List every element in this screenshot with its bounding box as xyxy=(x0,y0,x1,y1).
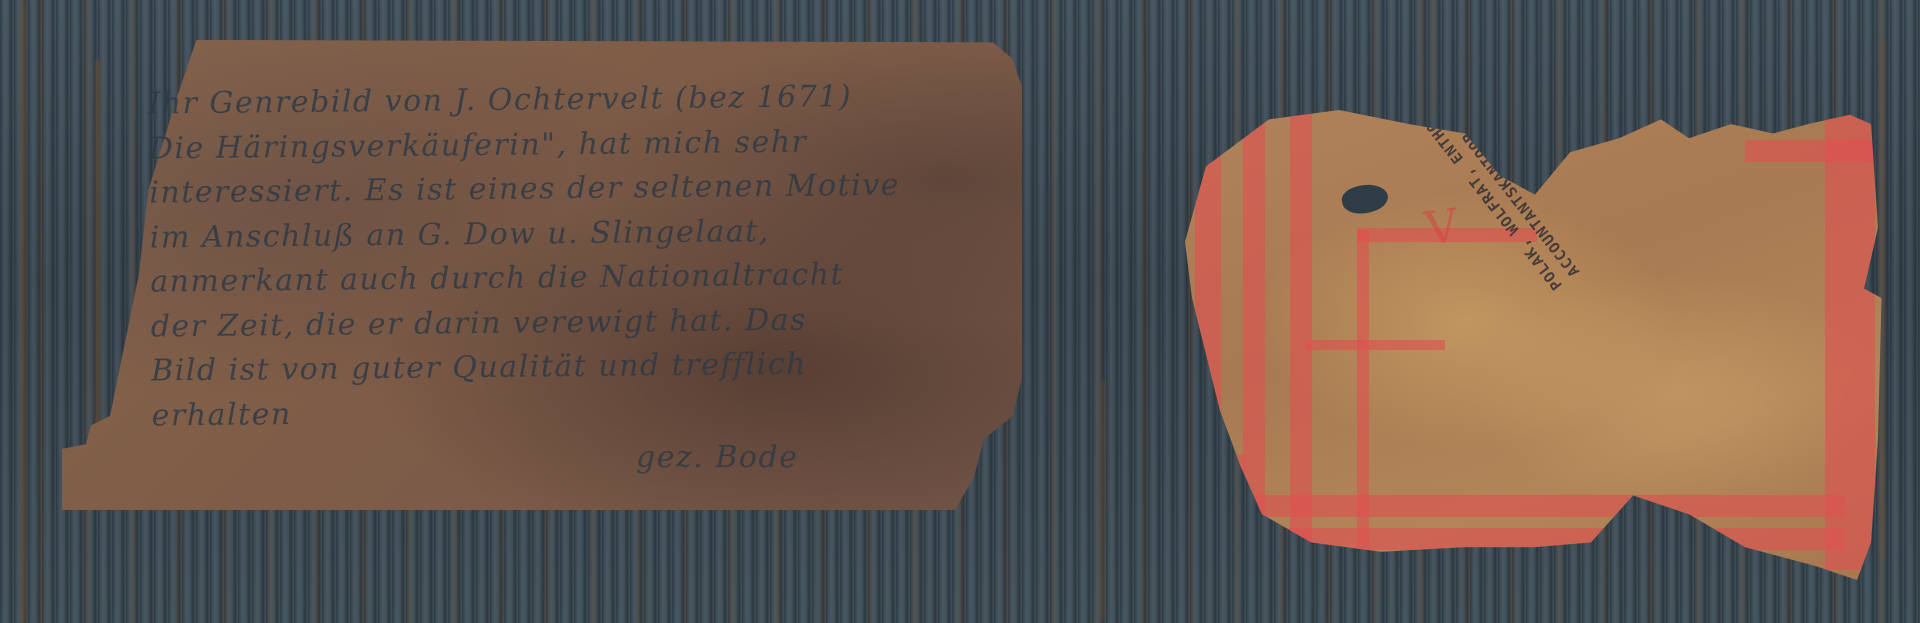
red-border-stripe xyxy=(1305,340,1445,350)
wood-grain-streak xyxy=(1100,380,1106,620)
red-border-stripe xyxy=(1357,230,1369,570)
paper-tear-hole xyxy=(1340,181,1391,218)
handwritten-text: Ihr Genrebild von J. Ochtervelt (bez 167… xyxy=(148,74,1012,439)
handwritten-line: interessiert. Es ist eines der seltenen … xyxy=(149,163,1009,217)
signature: gez. Bode xyxy=(636,440,798,475)
wood-grain-streak xyxy=(20,0,26,623)
red-pencil-mark: V xyxy=(1421,198,1461,256)
handwritten-line: erhalten xyxy=(151,385,1011,439)
wood-grain-streak xyxy=(95,60,101,480)
red-border-stripe xyxy=(1745,140,1875,162)
red-border-stripe xyxy=(1245,495,1845,517)
wood-grain-streak xyxy=(1430,0,1436,120)
